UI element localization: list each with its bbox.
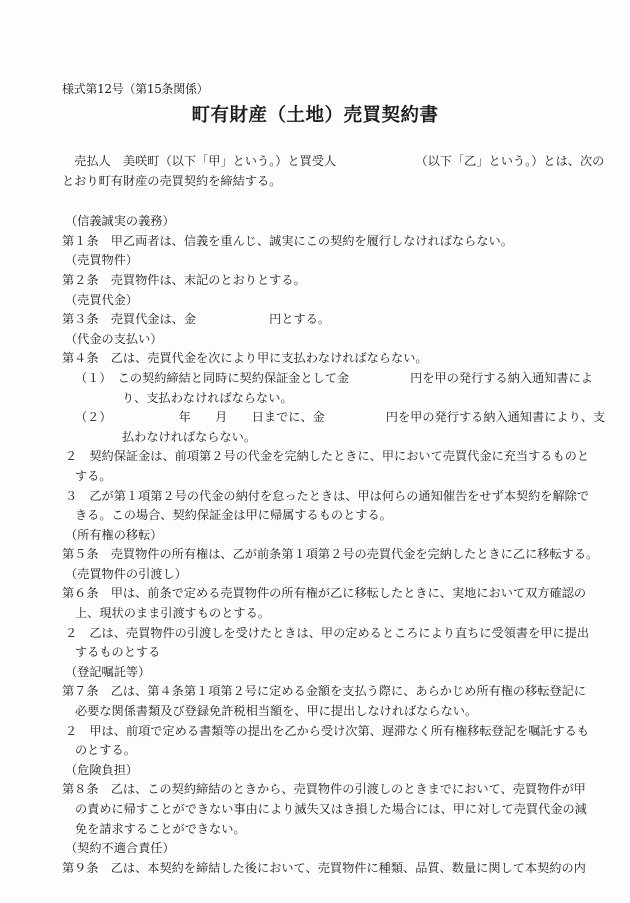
article-line: 第８条 乙は、この契約締結のときから、売買物件の引渡しのときまでにおいて、売買物… <box>62 780 574 800</box>
paragraph-clause: ２ 契約保証金は、前項第２号の代金を完納したときに、甲において売買代金に充当する… <box>62 447 574 467</box>
section-caption: （契約不適合責任） <box>62 839 574 859</box>
numbered-item: （２） 年 月 日までに、金 円を甲の発行する納入通知書により、支 <box>62 408 574 428</box>
clause-continuation: 必要な関係書類及び登録免許税相当額を、甲に提出しなければならない。 <box>62 702 574 722</box>
clause-continuation: の責めに帰すことができない事由により滅失又はき損した場合には、甲に対して売買代金… <box>62 800 574 820</box>
paragraph-clause: ２ 甲は、前項で定める書類等の提出を乙から受け次第、遅滞なく所有権移転登記を嘱託… <box>62 722 574 742</box>
document-title: 町有財産（土地）売買契約書 <box>0 101 630 127</box>
numbered-item: （１） この契約締結と同時に契約保証金として金 円を甲の発行する納入通知書によ <box>62 369 574 389</box>
document-body: 売払人 美咲町（以下「甲」という。）と買受人 （以下「乙」という。）とは、次の … <box>62 152 574 878</box>
form-number: 様式第12号（第15条関係） <box>62 80 208 97</box>
clause-continuation: 免を請求することができない。 <box>62 820 574 840</box>
preamble-line: 売払人 美咲町（以下「甲」という。）と買受人 （以下「乙」という。）とは、次の <box>62 152 574 172</box>
clause-continuation: きる。この場合、契約保証金は甲に帰属するものとする。 <box>62 506 574 526</box>
section-caption: （所有権の移転） <box>62 526 574 546</box>
section-caption: （売買代金） <box>62 291 574 311</box>
numbered-item-continuation: り、支払わなければならない。 <box>62 389 574 409</box>
article-line: 第４条 乙は、売買代金を次により甲に支払わなければならない。 <box>62 349 574 369</box>
section-caption: （代金の支払い） <box>62 330 574 350</box>
article-line: 第５条 売買物件の所有権は、乙が前条第１項第２号の売買代金を完納したときに乙に移… <box>62 545 574 565</box>
section-caption: （信義誠実の義務） <box>62 212 574 232</box>
clause-continuation: のとする。 <box>62 741 574 761</box>
section-caption: （売買物件） <box>62 251 574 271</box>
clause-list: （信義誠実の義務）第１条 甲乙両者は、信義を重んじ、誠実にこの契約を履行しなけれ… <box>62 212 574 878</box>
section-caption: （売買物件の引渡し） <box>62 565 574 585</box>
clause-continuation: 上、現状のまま引渡すものとする。 <box>62 604 574 624</box>
clause-continuation: するものとする <box>62 643 574 663</box>
paragraph-clause: ３ 乙が第１項第２号の代金の納付を怠ったときは、甲は何らの通知催告をせず本契約を… <box>62 487 574 507</box>
article-line: 第６条 甲は、前条で定める売買物件の所有権が乙に移転したときに、実地において双方… <box>62 584 574 604</box>
numbered-item-continuation: 払わなければならない。 <box>62 428 574 448</box>
document-page: 様式第12号（第15条関係） 町有財産（土地）売買契約書 売払人 美咲町（以下「… <box>0 0 630 903</box>
article-line: 第３条 売買代金は、金 円とする。 <box>62 310 574 330</box>
section-caption: （危険負担） <box>62 761 574 781</box>
article-line: 第９条 乙は、本契約を締結した後において、売買物件に種類、品質、数量に関して本契… <box>62 859 574 879</box>
section-caption: （登記嘱託等） <box>62 663 574 683</box>
preamble-line: とおり町有財産の売買契約を締結する。 <box>62 172 574 192</box>
article-line: 第７条 乙は、第４条第１項第２号に定める金額を支払う際に、あらかじめ所有権の移転… <box>62 682 574 702</box>
clause-continuation: する。 <box>62 467 574 487</box>
paragraph-clause: ２ 乙は、売買物件の引渡しを受けたときは、甲の定めるところにより直ちに受領書を甲… <box>62 624 574 644</box>
spacer <box>62 191 574 212</box>
article-line: 第１条 甲乙両者は、信義を重んじ、誠実にこの契約を履行しなければならない。 <box>62 232 574 252</box>
article-line: 第２条 売買物件は、末記のとおりとする。 <box>62 271 574 291</box>
